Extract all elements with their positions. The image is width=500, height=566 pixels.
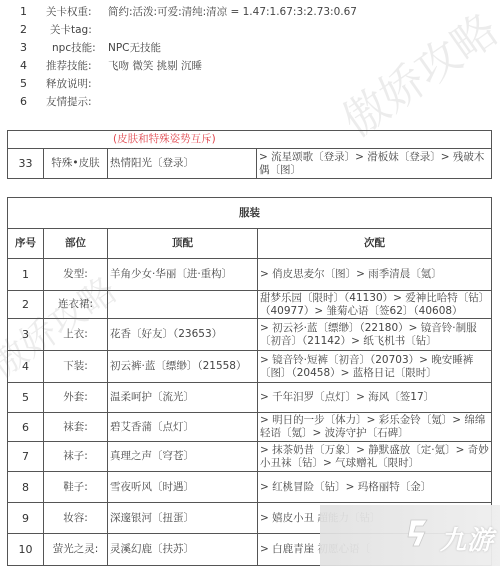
row-top-choice: 雪夜听风〔时遇〕 xyxy=(108,472,258,503)
info-number: 1 xyxy=(20,3,34,21)
table-row: 3 上衣: 花香〔好友〕（23653） > 初云衫·蓝〔缥缈〕（22180）> … xyxy=(8,319,492,351)
info-label: 释放说明: xyxy=(46,75,92,93)
row-part: 上衣: xyxy=(44,319,108,351)
table-row: 5 外套: 温柔呵护〔流光〕 > 千年汨罗〔点灯〕> 海风〔签17〕 xyxy=(8,383,492,413)
table-row: 6 袜套: 碧艾香蒲〔点灯〕 > 明日的一步〔体力〕> 彩乐金铃〔氪〕> 绵绵轻… xyxy=(8,413,492,442)
table-row: 8 鞋子: 雪夜听风〔时遇〕 > 红桃冒险〔钻〕> 玛格丽特〔金〕 xyxy=(8,472,492,503)
row-part: 特殊•皮肤 xyxy=(44,149,108,179)
row-secondary-choice: > 俏皮思麦尔〔图〕> 雨季清晨〔氪〕 xyxy=(258,259,492,291)
info-label: npc技能: xyxy=(52,39,96,57)
header-part: 部位 xyxy=(44,229,108,259)
row-number: 10 xyxy=(8,534,44,566)
info-label: 关卡tag: xyxy=(50,21,92,39)
row-part: 妆容: xyxy=(44,503,108,534)
info-value: NPC无技能 xyxy=(108,39,161,57)
jiuyou-logo-icon xyxy=(405,516,433,550)
row-number: 9 xyxy=(8,503,44,534)
info-label: 关卡权重: xyxy=(46,3,92,21)
row-secondary-choice: > 红桃冒险〔钻〕> 玛格丽特〔金〕 xyxy=(258,472,492,503)
info-value: 简约:活泼:可爱:清纯:清凉 = 1.47:1.67:3:2.73:0.67 xyxy=(108,3,357,21)
row-part: 萤光之灵: xyxy=(44,534,108,566)
table-row: 7 袜子: 真理之声〔穹苍〕 > 抹茶奶昔〔万象〕> 静默盛放〔定·氪〕> 奇妙… xyxy=(8,442,492,472)
row-top-choice: 羊角少女·华丽〔进·重构〕 xyxy=(108,259,258,291)
table-header-row: 序号 部位 顶配 次配 xyxy=(8,229,492,259)
table-row: 2 连衣裙: 甜梦乐园〔限时〕（41130）> 爱神比哈特〔钻〕（40977）>… xyxy=(8,291,492,319)
row-top-choice: 初云裤·蓝〔缥缈〕（21558） xyxy=(108,351,258,383)
watermark-text: 傲娇攻略 xyxy=(328,0,500,149)
row-part: 下装: xyxy=(44,351,108,383)
table-row: 33 特殊•皮肤 热情阳光〔登录〕 > 流星颂歌〔登录〕> 滑板妹〔登录〕> 残… xyxy=(8,149,492,179)
row-part: 连衣裙: xyxy=(44,291,108,319)
row-top-choice: 灵溪幻鹿〔扶苏〕 xyxy=(108,534,258,566)
table-title: 服装 xyxy=(8,198,492,229)
row-secondary-choice: > 镜音铃·短裤〔初音〕（20703）> 晚安睡裤〔图〕（20458）> 蓝格日… xyxy=(258,351,492,383)
row-secondary-choice: > 千年汨罗〔点灯〕> 海风〔签17〕 xyxy=(258,383,492,413)
row-number: 8 xyxy=(8,472,44,503)
row-part: 外套: xyxy=(44,383,108,413)
header-number: 序号 xyxy=(8,229,44,259)
row-number: 6 xyxy=(8,413,44,442)
info-number: 2 xyxy=(20,21,34,39)
info-label: 推荐技能: xyxy=(46,57,92,75)
table-row: 1 发型: 羊角少女·华丽〔进·重构〕 > 俏皮思麦尔〔图〕> 雨季清晨〔氪〕 xyxy=(8,259,492,291)
info-number: 6 xyxy=(20,93,34,111)
row-secondary-choice: > 抹茶奶昔〔万象〕> 静默盛放〔定·氪〕> 奇妙小丑袜〔钻〕> 气球赠礼〔限时… xyxy=(258,442,492,472)
row-secondary-choice: 甜梦乐园〔限时〕（41130）> 爱神比哈特〔钻〕（40977）> 雏菊心语〔签… xyxy=(258,291,492,319)
row-top-choice xyxy=(108,291,258,319)
row-top-choice: 深邃银河〔扭蛋〕 xyxy=(108,503,258,534)
row-part: 袜子: xyxy=(44,442,108,472)
row-number: 5 xyxy=(8,383,44,413)
row-number: 7 xyxy=(8,442,44,472)
logo-text: 九游 xyxy=(440,520,494,557)
row-number: 3 xyxy=(8,319,44,351)
special-skin-table: (皮肤和特殊姿势互斥) 33 特殊•皮肤 热情阳光〔登录〕 > 流星颂歌〔登录〕… xyxy=(7,130,492,179)
row-secondary-choice: > 流星颂歌〔登录〕> 滑板妹〔登录〕> 残破木偶〔图〕 xyxy=(257,149,492,179)
info-value: 飞吻 微笑 挑剔 沉睡 xyxy=(108,57,202,75)
table-row: 4 下装: 初云裤·蓝〔缥缈〕（21558） > 镜音铃·短裤〔初音〕（2070… xyxy=(8,351,492,383)
info-number: 5 xyxy=(20,75,34,93)
row-number: 1 xyxy=(8,259,44,291)
info-number: 4 xyxy=(20,57,34,75)
row-secondary-choice: > 明日的一步〔体力〕> 彩乐金铃〔氪〕> 绵绵轻语〔氪〕> 波涛守护〔石碑〕 xyxy=(258,413,492,442)
row-part: 鞋子: xyxy=(44,472,108,503)
row-part: 袜套: xyxy=(44,413,108,442)
header-secondary: 次配 xyxy=(258,229,492,259)
row-number: 33 xyxy=(8,149,44,179)
info-label: 友情提示: xyxy=(46,93,92,111)
row-secondary-choice: > 初云衫·蓝〔缥缈〕（22180）> 镜音铃·制服〔初音〕（21142）> 纸… xyxy=(258,319,492,351)
row-top-choice: 碧艾香蒲〔点灯〕 xyxy=(108,413,258,442)
row-top-choice: 热情阳光〔登录〕 xyxy=(108,149,257,179)
row-top-choice: 花香〔好友〕（23653） xyxy=(108,319,258,351)
mutual-exclusion-note: (皮肤和特殊姿势互斥) xyxy=(8,131,492,149)
info-number: 3 xyxy=(20,39,34,57)
row-top-choice: 真理之声〔穹苍〕 xyxy=(108,442,258,472)
row-part: 发型: xyxy=(44,259,108,291)
header-top: 顶配 xyxy=(108,229,258,259)
row-number: 4 xyxy=(8,351,44,383)
row-top-choice: 温柔呵护〔流光〕 xyxy=(108,383,258,413)
row-number: 2 xyxy=(8,291,44,319)
